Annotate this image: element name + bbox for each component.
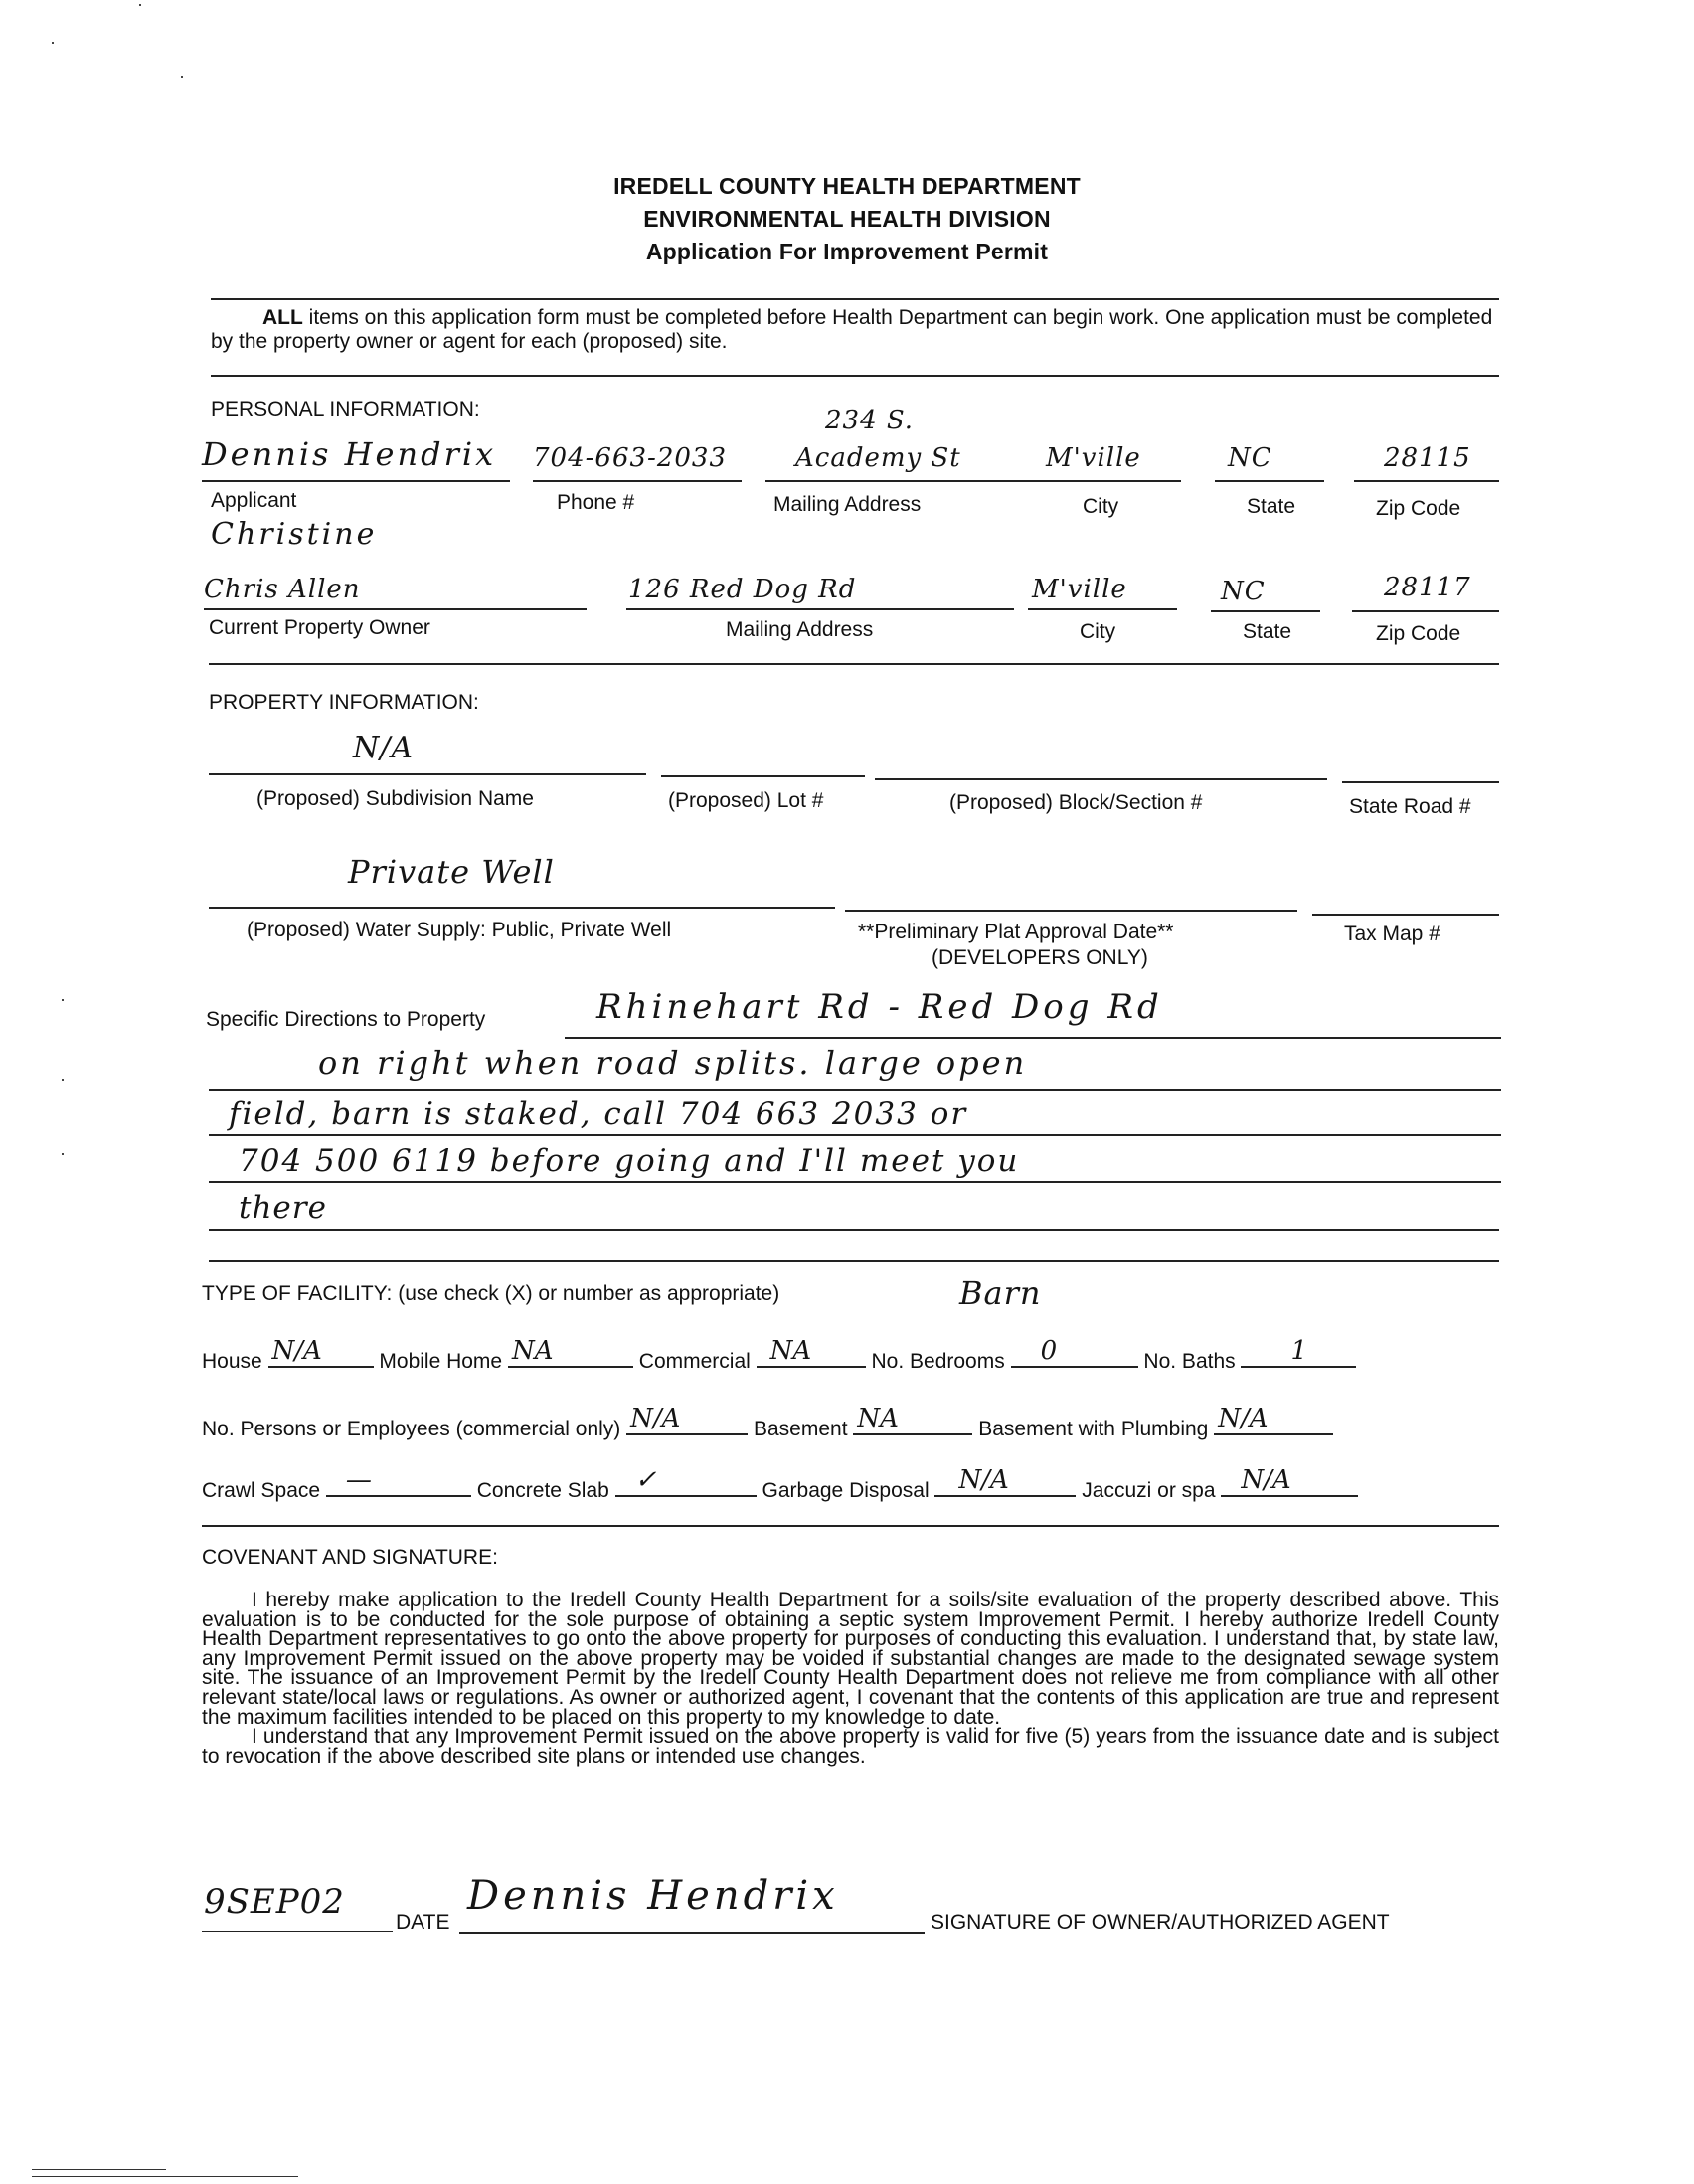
owner-zip-value[interactable]: 28117 [1384, 573, 1471, 602]
state-label: State [1247, 495, 1295, 519]
subdivision-line [209, 773, 646, 775]
zip-value[interactable]: 28115 [1384, 443, 1471, 473]
facility-row-3: Crawl Space — Concrete Slab ✓ Garbage Di… [202, 1473, 1358, 1503]
jacuzzi-label: Jaccuzi or spa [1082, 1479, 1215, 1502]
divider [202, 1525, 1499, 1527]
address-line1-value[interactable]: 234 S. [825, 406, 914, 435]
facility-type-note: Barn [959, 1274, 1042, 1312]
jacuzzi-value: N/A [1241, 1465, 1290, 1495]
phone-value[interactable]: 704-663-2033 [533, 443, 727, 473]
directions-line-2[interactable]: on right when road splits. large open [318, 1044, 1027, 1082]
state-road-line [1342, 781, 1499, 783]
garbage-disposal-field[interactable]: N/A [934, 1473, 1076, 1497]
mobile-home-field[interactable]: NA [508, 1344, 633, 1368]
signature-line [459, 1932, 925, 1934]
date-value[interactable]: 9SEP02 [204, 1882, 345, 1922]
garbage-disposal-value: N/A [958, 1465, 1008, 1495]
city-value[interactable]: M'ville [1046, 443, 1141, 473]
directions-rule-5 [209, 1229, 1499, 1231]
commercial-field[interactable]: NA [757, 1344, 866, 1368]
intro-bold: ALL [262, 306, 303, 329]
state-line [1215, 480, 1324, 482]
bedrooms-field[interactable]: 0 [1011, 1344, 1138, 1368]
plat-date-line [845, 910, 1297, 912]
crawl-space-label: Crawl Space [202, 1479, 320, 1502]
facility-row-2: No. Persons or Employees (commercial onl… [202, 1412, 1333, 1441]
date-label: DATE [396, 1911, 449, 1934]
house-label: House [202, 1350, 262, 1373]
directions-line-1[interactable]: Rhinehart Rd - Red Dog Rd [596, 987, 1163, 1027]
house-value: N/A [272, 1336, 322, 1366]
applicant-line [202, 480, 510, 482]
directions-line-5[interactable]: there [239, 1190, 327, 1226]
owner-state-line [1211, 610, 1320, 612]
water-supply-value[interactable]: Private Well [348, 853, 555, 891]
owner-city-label: City [1080, 620, 1115, 644]
owner-mailing-label: Mailing Address [726, 618, 873, 642]
owner-city-line [1028, 608, 1177, 610]
phone-line [533, 480, 742, 482]
owner-state-value[interactable]: NC [1221, 577, 1266, 606]
scan-edge [32, 2176, 298, 2177]
scan-speck [181, 76, 183, 78]
owner-zip-line [1352, 610, 1499, 612]
personal-info-heading: PERSONAL INFORMATION: [211, 398, 480, 421]
plat-date-label: **Preliminary Plat Approval Date** [858, 921, 1173, 944]
signature-value[interactable]: Dennis Hendrix [467, 1873, 839, 1919]
block-line [875, 778, 1327, 780]
signature-label: SIGNATURE OF OWNER/AUTHORIZED AGENT [931, 1911, 1390, 1934]
crawl-space-value: — [346, 1465, 372, 1495]
directions-rule-1 [565, 1037, 1501, 1039]
persons-field[interactable]: N/A [626, 1412, 748, 1435]
directions-rule-3 [209, 1134, 1501, 1136]
divider [209, 663, 1499, 665]
state-value[interactable]: NC [1228, 443, 1272, 473]
water-supply-label: (Proposed) Water Supply: Public, Private… [247, 919, 671, 942]
owner-city-value[interactable]: M'ville [1032, 575, 1127, 604]
crawl-space-field[interactable]: — [326, 1473, 471, 1497]
subdivision-label: (Proposed) Subdivision Name [256, 787, 534, 811]
scan-speck [62, 1079, 64, 1081]
scan-speck [139, 4, 141, 6]
concrete-slab-label: Concrete Slab [477, 1479, 609, 1502]
mailing-address-line [765, 480, 1054, 482]
covenant-heading: COVENANT AND SIGNATURE: [202, 1546, 498, 1570]
jacuzzi-field[interactable]: N/A [1221, 1473, 1358, 1497]
baths-value: 1 [1290, 1336, 1307, 1366]
facility-row-1: House N/A Mobile Home NA Commercial NA N… [202, 1344, 1356, 1374]
covenant-paragraph-2: I understand that any Improvement Permit… [202, 1727, 1499, 1765]
covenant-paragraph-1: I hereby make application to the Iredell… [202, 1591, 1499, 1727]
concrete-slab-value: ✓ [635, 1465, 657, 1495]
facility-heading: TYPE OF FACILITY: (use check (X) or numb… [202, 1282, 779, 1306]
lot-line [661, 775, 865, 777]
owner-address-value[interactable]: 126 Red Dog Rd [628, 575, 856, 604]
directions-rule-2 [209, 1089, 1501, 1091]
directions-line-4[interactable]: 704 500 6119 before going and I'll meet … [239, 1143, 1019, 1179]
commercial-value: NA [770, 1336, 812, 1366]
commercial-label: Commercial [639, 1350, 751, 1373]
scan-speck [52, 42, 54, 44]
water-supply-line [209, 907, 835, 909]
department-title: IREDELL COUNTY HEALTH DEPARTMENT [0, 173, 1694, 200]
directions-label: Specific Directions to Property [206, 1008, 485, 1032]
lot-label: (Proposed) Lot # [668, 789, 823, 813]
covenant-text: I hereby make application to the Iredell… [202, 1591, 1499, 1765]
basement-plumbing-value: N/A [1218, 1404, 1268, 1433]
intro-text: items on this application form must be c… [211, 306, 1492, 353]
divider [211, 298, 1499, 300]
owner-line [204, 608, 587, 610]
concrete-slab-field[interactable]: ✓ [615, 1473, 757, 1497]
mailing-address-label: Mailing Address [773, 493, 921, 517]
owner-state-label: State [1243, 620, 1291, 644]
owner-zip-label: Zip Code [1376, 622, 1460, 646]
basement-plumbing-label: Basement with Plumbing [978, 1418, 1208, 1440]
city-label: City [1083, 495, 1118, 519]
basement-value: NA [857, 1404, 899, 1433]
persons-value: N/A [630, 1404, 680, 1433]
division-title: ENVIRONMENTAL HEALTH DIVISION [0, 206, 1694, 233]
directions-line-3[interactable]: field, barn is staked, call 704 663 2033… [229, 1096, 967, 1132]
tax-map-label: Tax Map # [1344, 923, 1440, 946]
baths-field[interactable]: 1 [1241, 1344, 1356, 1368]
garbage-disposal-label: Garbage Disposal [762, 1479, 930, 1502]
baths-label: No. Baths [1143, 1350, 1235, 1373]
address-line2-value[interactable]: Academy St [795, 443, 961, 473]
scan-speck [62, 999, 64, 1001]
form-title: Application For Improvement Permit [0, 239, 1694, 265]
tax-map-line [1312, 914, 1499, 916]
applicant-label: Applicant [211, 489, 296, 513]
zip-label: Zip Code [1376, 497, 1460, 521]
basement-label: Basement [754, 1418, 848, 1440]
applicant-note-value: Christine [211, 517, 377, 552]
block-label: (Proposed) Block/Section # [949, 791, 1202, 815]
divider [211, 375, 1499, 377]
scan-speck [62, 1153, 64, 1155]
date-line [202, 1931, 393, 1932]
phone-label: Phone # [557, 491, 634, 515]
owner-label: Current Property Owner [209, 616, 430, 640]
basement-field[interactable]: NA [853, 1412, 972, 1435]
mobile-home-value: NA [512, 1336, 554, 1366]
intro-instructions: ALL items on this application form must … [211, 306, 1499, 354]
house-field[interactable]: N/A [268, 1344, 374, 1368]
state-road-label: State Road # [1349, 795, 1471, 819]
basement-plumbing-field[interactable]: N/A [1214, 1412, 1333, 1435]
bedrooms-label: No. Bedrooms [872, 1350, 1005, 1373]
plat-date-note: (DEVELOPERS ONLY) [932, 946, 1148, 970]
applicant-name-value[interactable]: Dennis Hendrix [202, 435, 496, 473]
directions-rule-4 [209, 1181, 1501, 1183]
owner-name-value[interactable]: Chris Allen [204, 575, 361, 604]
subdivision-value[interactable]: N/A [353, 731, 414, 765]
mobile-home-label: Mobile Home [379, 1350, 502, 1373]
owner-address-line [626, 608, 1014, 610]
city-line [1042, 480, 1181, 482]
property-info-heading: PROPERTY INFORMATION: [209, 691, 479, 715]
bedrooms-value: 0 [1041, 1336, 1058, 1366]
zip-line [1354, 480, 1499, 482]
persons-label: No. Persons or Employees (commercial onl… [202, 1418, 620, 1440]
directions-rule-6 [209, 1260, 1499, 1262]
scan-edge [32, 2169, 166, 2170]
